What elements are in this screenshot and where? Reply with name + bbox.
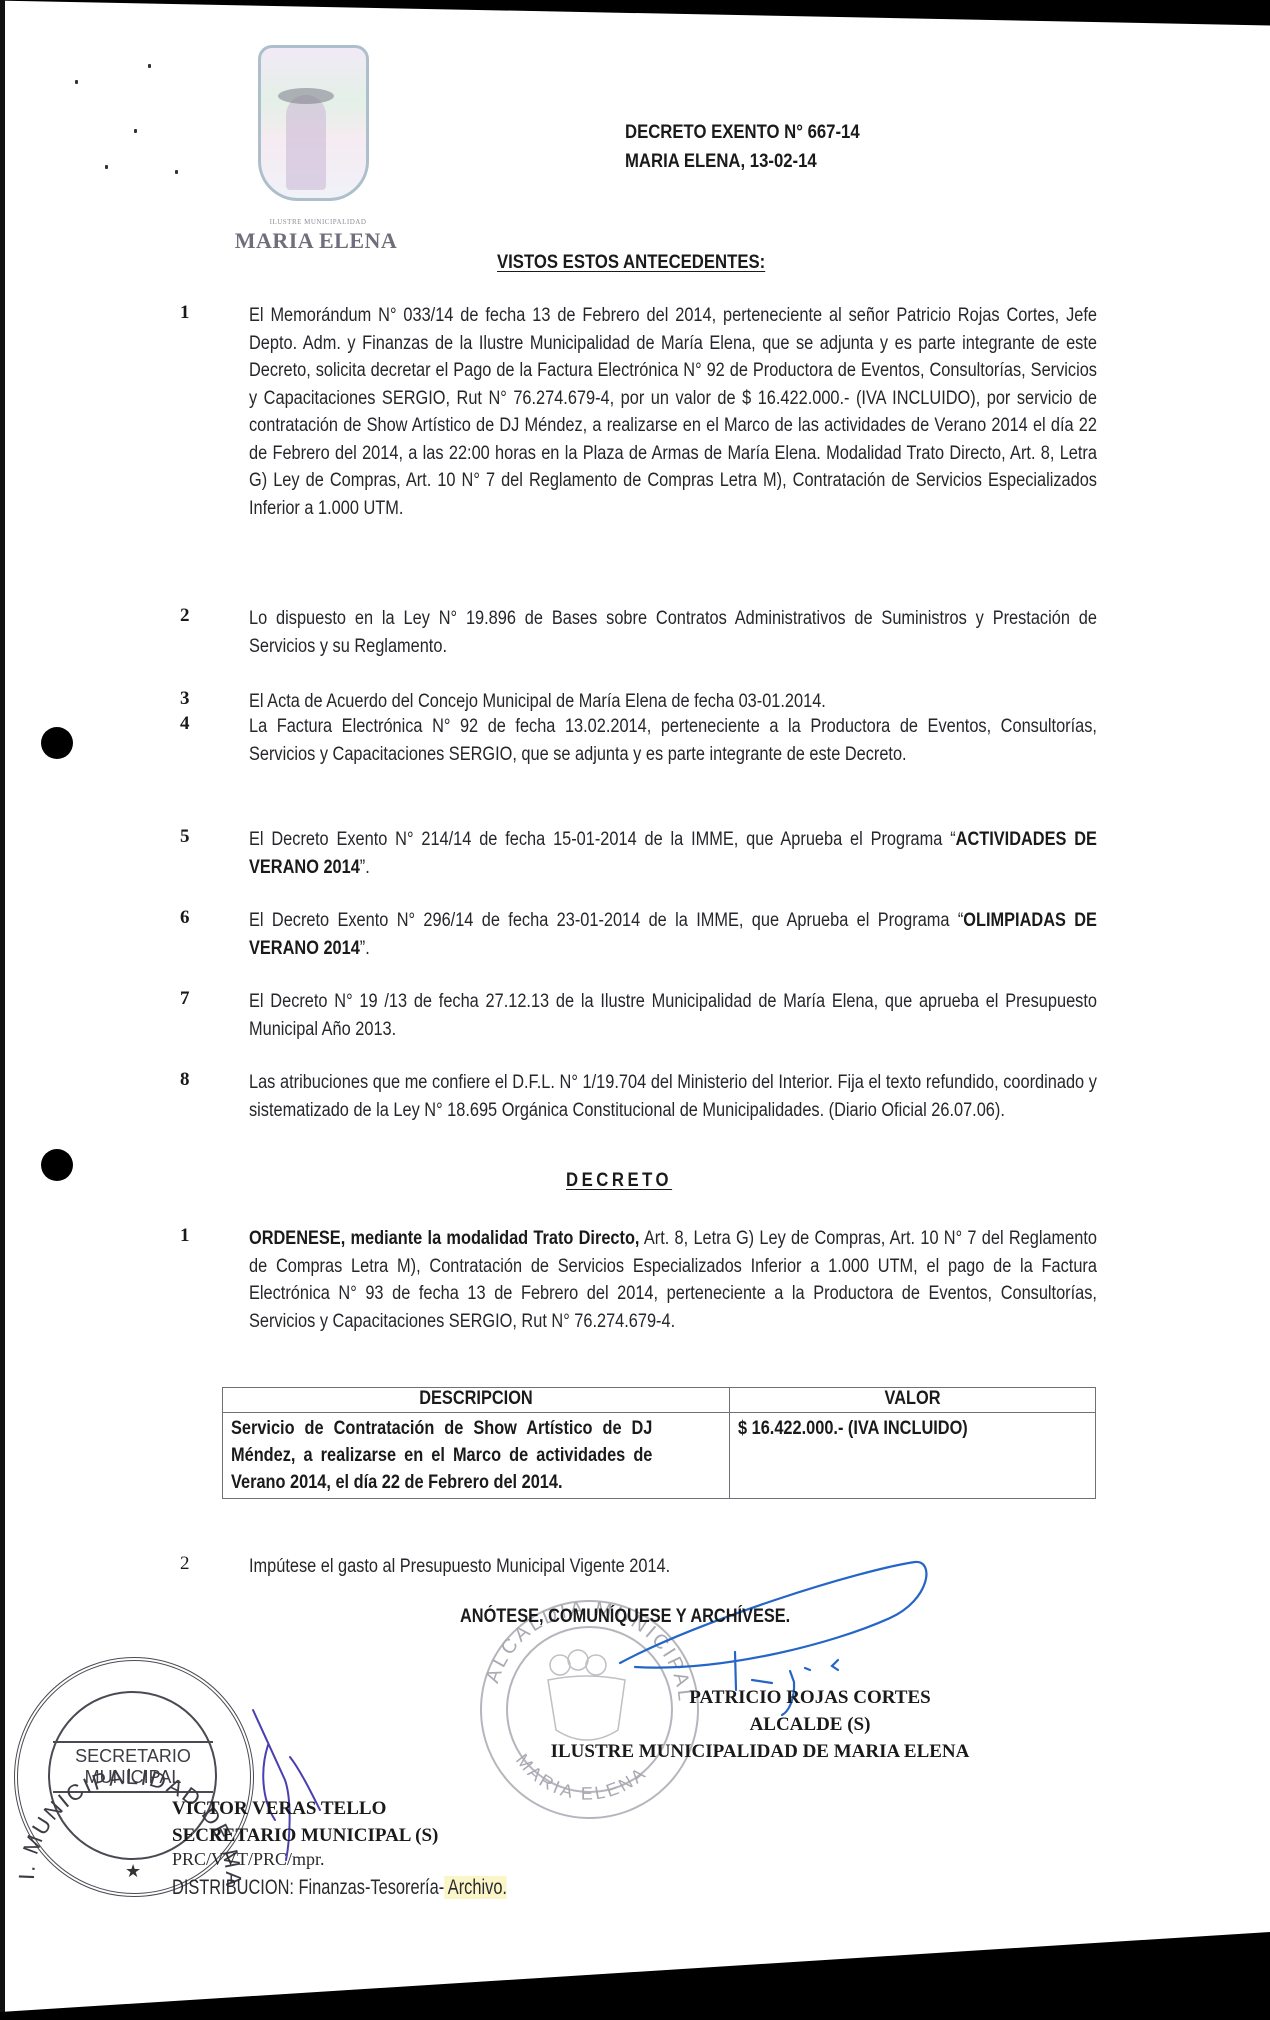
punch-hole-bottom — [41, 1149, 73, 1181]
scan-speck — [175, 170, 178, 174]
header-label: VALOR — [885, 1388, 941, 1410]
item-number: 2 — [180, 605, 200, 627]
item-number: 4 — [180, 713, 200, 735]
item-text: El Memorándum N° 033/14 de fecha 13 de F… — [249, 302, 1097, 522]
item-number: 8 — [180, 1069, 200, 1091]
distribution-list: Finanzas-Tesorería- — [294, 1876, 444, 1899]
decreto-title: DECRETO — [566, 1170, 672, 1192]
logo-name: MARIA ELENA — [226, 228, 406, 254]
place-date: MARIA ELENA, 13-02-14 — [625, 147, 860, 176]
stamp-text: SECRETARIO — [53, 1746, 213, 1767]
stamp-text: MUNICIPAL — [53, 1767, 213, 1788]
item-text: El Decreto Exento N° 296/14 de fecha 23-… — [249, 907, 1097, 962]
miner-hat-icon — [278, 88, 334, 104]
item-text: La Factura Electrónica N° 92 de fecha 13… — [249, 713, 1097, 768]
secretary-title: SECRETARIO MUNICIPAL (S) — [172, 1822, 438, 1849]
item-number: 1 — [180, 1225, 200, 1247]
closing-formula: ANÓTESE, COMUNÍQUESE Y ARCHÍVESE. — [460, 1606, 790, 1628]
payment-table: DESCRIPCION VALOR Servicio de Contrataci… — [222, 1387, 1096, 1499]
order-lead: ORDENESE, mediante la modalidad Trato Di… — [249, 1228, 639, 1249]
scan-speck — [134, 129, 137, 133]
scan-edge-top — [0, 0, 1270, 30]
secretary-signature-block: VICTOR VERAS TELLO SECRETARIO MUNICIPAL … — [172, 1795, 438, 1849]
item-number: 6 — [180, 907, 200, 929]
column-header-value: VALOR — [730, 1388, 1096, 1413]
distribution-label: DISTRIBUCION: — [172, 1876, 294, 1899]
item-text: El Decreto Exento N° 214/14 de fecha 15-… — [249, 826, 1097, 881]
scan-speck — [75, 80, 78, 84]
description-cell: Servicio de Contratación de Show Artísti… — [223, 1413, 730, 1499]
item-number: 2 — [180, 1553, 200, 1575]
document-header: DECRETO EXENTO N° 667-14 MARIA ELENA, 13… — [625, 118, 860, 176]
item-text: El Decreto N° 19 /13 de fecha 27.12.13 d… — [249, 988, 1097, 1043]
mayor-name: PATRICIO ROJAS CORTES — [540, 1684, 1040, 1711]
scan-speck — [105, 165, 108, 169]
item-text: Lo dispuesto en la Ley N° 19.896 de Base… — [249, 605, 1097, 660]
scan-edge-left — [0, 0, 5, 2020]
table-header-row: DESCRIPCION VALOR — [223, 1388, 1096, 1413]
item-number: 5 — [180, 826, 200, 848]
item-number: 1 — [180, 302, 200, 324]
stamp-center-label: SECRETARIO MUNICIPAL — [53, 1741, 213, 1793]
scan-speck — [148, 64, 151, 68]
item-text: Impútese el gasto al Presupuesto Municip… — [249, 1553, 1097, 1581]
item-number: 3 — [180, 688, 200, 710]
reference-initials: PRC/VVT/PRC/mpr. — [172, 1849, 325, 1870]
value-cell: $ 16.422.000.- (IVA INCLUIDO) — [730, 1413, 1096, 1499]
miner-figure-icon — [286, 95, 326, 190]
item-number: 7 — [180, 988, 200, 1010]
vistos-title: VISTOS ESTOS ANTECEDENTES: — [497, 252, 765, 274]
item-text: ORDENESE, mediante la modalidad Trato Di… — [249, 1225, 1097, 1335]
mayor-org: ILUSTRE MUNICIPALIDAD DE MARIA ELENA — [480, 1738, 1040, 1765]
scan-edge-bottom — [0, 1920, 1270, 2020]
distribution-highlighted: Archivo. — [444, 1876, 507, 1899]
distribution-line: DISTRIBUCION: Finanzas-Tesorería- Archiv… — [172, 1876, 507, 1900]
secretary-name: VICTOR VERAS TELLO — [172, 1795, 438, 1822]
secretary-stamp-ring-text: I. MUNICIPALIDAD DE MARIA ELENA — [0, 0, 246, 1888]
description-text: Servicio de Contratación de Show Artísti… — [231, 1415, 652, 1496]
item-text-pre: El Decreto Exento N° 214/14 de fecha 15-… — [249, 829, 956, 850]
item-text: Las atribuciones que me confiere el D.F.… — [249, 1069, 1097, 1124]
logo-subtitle: ILUSTRE MUNICIPALIDAD — [248, 218, 388, 226]
star-icon: ★ — [125, 1861, 141, 1882]
item-text-post: ”. — [360, 857, 370, 878]
item-text-pre: El Decreto Exento N° 296/14 de fecha 23-… — [249, 910, 963, 931]
punch-hole-top — [41, 727, 73, 759]
decree-number: DECRETO EXENTO N° 667-14 — [625, 118, 860, 147]
item-text-post: ”. — [360, 938, 370, 959]
column-header-description: DESCRIPCION — [223, 1388, 730, 1413]
item-text: El Acta de Acuerdo del Concejo Municipal… — [249, 688, 1097, 716]
header-label: DESCRIPCION — [419, 1388, 532, 1410]
table-row: Servicio de Contratación de Show Artísti… — [223, 1413, 1096, 1499]
mayor-title: ALCALDE (S) — [540, 1711, 1040, 1738]
value-text: $ 16.422.000.- (IVA INCLUIDO) — [738, 1415, 1038, 1442]
municipality-logo: ILUSTRE MUNICIPALIDAD MARIA ELENA — [248, 40, 388, 255]
mayor-signature-block: PATRICIO ROJAS CORTES ALCALDE (S) ILUSTR… — [540, 1684, 1040, 1765]
